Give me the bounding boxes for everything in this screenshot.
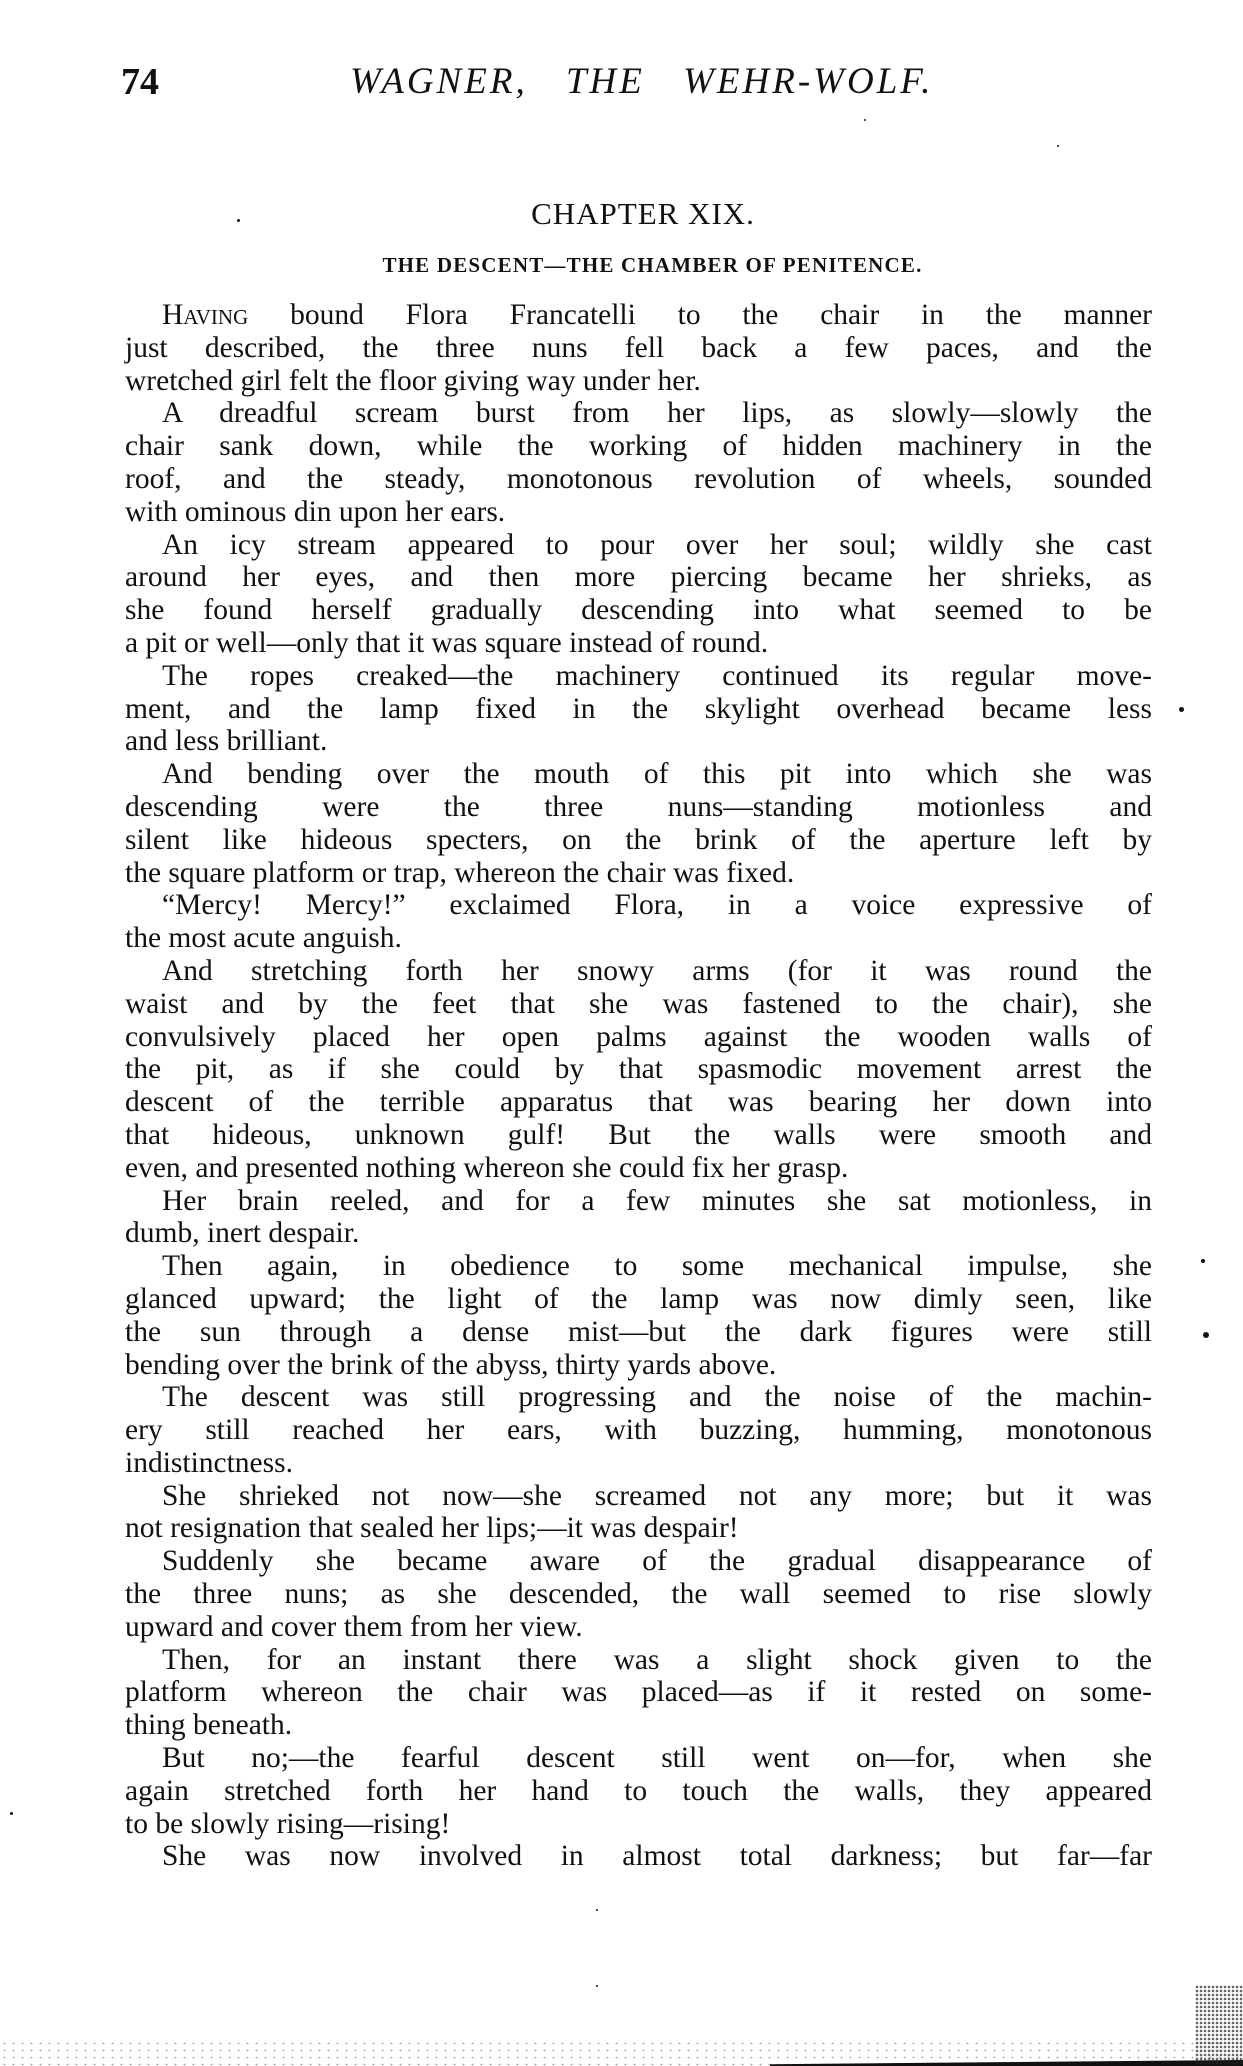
text-line: that hideous, unknown gulf! But the wall… [125, 1119, 1152, 1152]
text-line: the sun through a dense mist—but the dar… [125, 1316, 1152, 1349]
print-speck [864, 119, 866, 121]
text-line: convulsively placed her open palms again… [125, 1021, 1152, 1054]
print-speck [1201, 1259, 1205, 1263]
chapter-subtitle: THE DESCENT—THE CHAMBER OF PENITENCE. [285, 252, 1020, 278]
text-line: dumb, inert despair. [125, 1217, 1152, 1250]
text-line: And stretching forth her snowy arms (for… [125, 955, 1152, 988]
print-speck [237, 219, 240, 222]
text-line: thing beneath. [125, 1709, 1152, 1742]
text-line: descent of the terrible apparatus that w… [125, 1086, 1152, 1119]
body-text: Having bound Flora Francatelli to the ch… [125, 299, 1152, 1873]
text-line: with ominous din upon her ears. [125, 496, 1152, 529]
text-line: An icy stream appeared to pour over her … [125, 529, 1152, 562]
text-line: She was now involved in almost total dar… [125, 1840, 1152, 1873]
text-line: the three nuns; as she descended, the wa… [125, 1578, 1152, 1611]
text-line: Suddenly she became aware of the gradual… [125, 1545, 1152, 1578]
print-speck [1057, 145, 1059, 147]
text-line: And bending over the mouth of this pit i… [125, 758, 1152, 791]
text-line: bending over the brink of the abyss, thi… [125, 1349, 1152, 1382]
text-line: indistinctness. [125, 1447, 1152, 1480]
print-speck [1179, 707, 1184, 712]
text-line: chair sank down, while the working of hi… [125, 430, 1152, 463]
text-line: glanced upward; the light of the lamp wa… [125, 1283, 1152, 1316]
print-speck [10, 1812, 13, 1815]
text-line: around her eyes, and then more piercing … [125, 561, 1152, 594]
text-line: “Mercy! Mercy!” exclaimed Flora, in a vo… [125, 889, 1152, 922]
text-line: ery still reached her ears, with buzzing… [125, 1414, 1152, 1447]
text-line: descending were the three nuns—standing … [125, 791, 1152, 824]
text-line: the most acute anguish. [125, 922, 1152, 955]
text-line: She shrieked not now—she screamed not an… [125, 1480, 1152, 1513]
book-title: WAGNER, THE WEHR-WOLF. [350, 60, 935, 104]
text-line: she found herself gradually descending i… [125, 594, 1152, 627]
scan-corner-smudge [1195, 1985, 1243, 2066]
text-line: The ropes creaked—the machinery continue… [125, 660, 1152, 693]
text-line: silent like hideous specters, on the bri… [125, 824, 1152, 857]
text-line: wretched girl felt the floor giving way … [125, 365, 1152, 398]
text-line: to be slowly rising—rising! [125, 1808, 1152, 1841]
print-speck [596, 1985, 598, 1987]
text-line: platform whereon the chair was placed—as… [125, 1676, 1152, 1709]
text-line: The descent was still progressing and th… [125, 1381, 1152, 1414]
running-head: 74 WAGNER, THE WEHR-WOLF. [0, 60, 1243, 104]
text-line: again stretched forth her hand to touch … [125, 1775, 1152, 1808]
drop-word-small-caps: Having [162, 299, 248, 331]
text-line: waist and by the feet that she was faste… [125, 988, 1152, 1021]
page-number: 74 [121, 60, 159, 104]
text-line: roof, and the steady, monotonous revolut… [125, 463, 1152, 496]
text-line: upward and cover them from her view. [125, 1611, 1152, 1644]
text-line: ment, and the lamp fixed in the skylight… [125, 693, 1152, 726]
text-line: just described, the three nuns fell back… [125, 332, 1152, 365]
chapter-title: CHAPTER XIX. [0, 196, 1243, 232]
text-line: Her brain reeled, and for a few minutes … [125, 1185, 1152, 1218]
text-line: A dreadful scream burst from her lips, a… [125, 397, 1152, 430]
text-line: even, and presented nothing whereon she … [125, 1152, 1152, 1185]
text-line: the pit, as if she could by that spasmod… [125, 1053, 1152, 1086]
text-line: the square platform or trap, whereon the… [125, 857, 1152, 890]
text-line: not resignation that sealed her lips;—it… [125, 1512, 1152, 1545]
text-line: Then, for an instant there was a slight … [125, 1644, 1152, 1677]
text-line: But no;—the fearful descent still went o… [125, 1742, 1152, 1775]
print-speck [1203, 1332, 1209, 1338]
text-line: and less brilliant. [125, 725, 1152, 758]
text-line: a pit or well—only that it was square in… [125, 627, 1152, 660]
print-speck [596, 1909, 598, 1911]
text-line: Having bound Flora Francatelli to the ch… [125, 299, 1152, 332]
text-line: Then again, in obedience to some mechani… [125, 1250, 1152, 1283]
